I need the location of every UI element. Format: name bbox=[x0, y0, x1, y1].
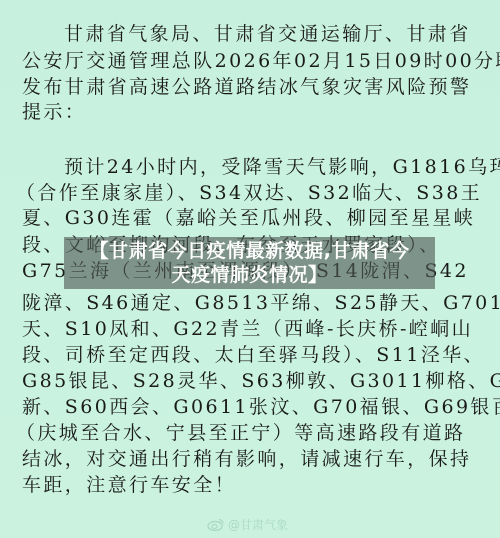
paragraph2-line-1: 预计24小时内，受降雪天气影响，G1816乌玛 bbox=[64, 154, 500, 180]
paragraph2-line-2: （合作至康家崖）、S34双达、S32临大、S38王 bbox=[16, 180, 482, 206]
paragraph1-line-1: 甘肃省气象局、甘肃省交通运输厅、甘肃省 bbox=[64, 21, 471, 47]
paragraph2-line-8: 段、司桥至定西段、太白至驿马段）、S11泾华、 bbox=[22, 342, 485, 368]
paragraph2-line-9: G85银昆、S28灵华、S63柳敦、G3011柳格、G7京 bbox=[22, 368, 500, 394]
document-page: 甘肃省气象局、甘肃省交通运输厅、甘肃省 公安厅交通管理总队2026年02月15日… bbox=[0, 0, 500, 538]
paragraph1-line-3: 发布甘肃省高速公路道路结冰气象灾害风险预警 bbox=[22, 74, 471, 100]
paragraph2-line-12: 结冰，对交通出行稍有影响，请减速行车，保持 bbox=[22, 446, 471, 472]
watermark-text: @甘肃气象 bbox=[228, 516, 288, 533]
paragraph2-line-7: 天、S10凤和、G22青兰（西峰-长庆桥-崆峒山 bbox=[22, 316, 473, 342]
paragraph2-line-3: 夏、G30连霍（嘉峪关至瓜州段、柳园至星星峡 bbox=[22, 205, 475, 231]
paragraph2-line-6: 陇漳、S46通定、G8513平绵、S25静天、G7011十 bbox=[22, 290, 500, 316]
paragraph1-line-4: 提示： bbox=[22, 99, 86, 125]
overlay-title[interactable]: 【甘肃省今日疫情最新数据,甘肃省今 天疫情肺炎情况】 bbox=[64, 237, 435, 287]
paragraph2-line-13: 车距，注意行车安全！ bbox=[22, 472, 236, 498]
paragraph1-line-2: 公安厅交通管理总队2026年02月15日09时00分联合 bbox=[22, 48, 500, 74]
weibo-icon bbox=[207, 517, 225, 531]
overlay-title-line-1: 【甘肃省今日疫情最新数据,甘肃省今 bbox=[64, 239, 435, 263]
watermark: @甘肃气象 bbox=[207, 515, 288, 533]
overlay-title-line-2: 天疫情肺炎情况】 bbox=[64, 263, 435, 287]
paragraph2-line-11: （庆城至合水、宁县至正宁）等高速路段有道路 bbox=[16, 420, 465, 446]
title-overlay[interactable]: 【甘肃省今日疫情最新数据,甘肃省今 天疫情肺炎情况】 bbox=[64, 237, 435, 289]
paragraph2-line-10: 新、S60西会、G0611张汶、G70福银、G69银百 bbox=[22, 394, 500, 420]
